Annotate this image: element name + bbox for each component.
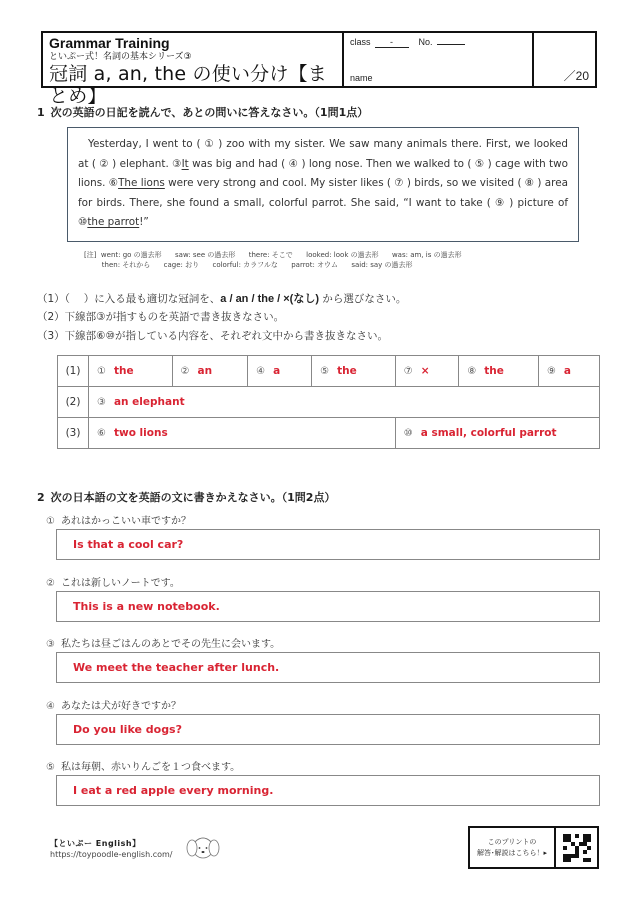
blank-number: ③ <box>97 397 106 408</box>
qr-caption: このプリントの 解答･解説はこちら！▸ <box>470 828 556 867</box>
answer-text: a small, colorful parrot <box>421 427 557 439</box>
row-label: (1) <box>58 356 89 387</box>
prompt-text: 私は毎朝、赤いりんごを１つ食べます。 <box>61 762 240 773</box>
answer-cell[interactable]: ⑨a <box>538 356 599 387</box>
class-field[interactable]: - <box>375 37 409 48</box>
qr-caption-line: このプリントの <box>470 837 554 848</box>
underline-6: The lions <box>118 177 165 189</box>
prompt-text: 私たちは昼ごはんのあとでその先生に会います。 <box>61 639 280 650</box>
question-4-answer-box[interactable]: Do you like dogs? <box>56 714 600 745</box>
answer-text: an <box>198 365 213 377</box>
answer-text: the <box>337 365 357 377</box>
blank-number: ⑩ <box>404 428 413 439</box>
answer-text: I eat a red apple every morning. <box>73 784 273 797</box>
question-number: ③ <box>46 639 55 650</box>
name-label: name <box>350 73 373 83</box>
answer-text: We meet the teacher after lunch. <box>73 661 279 674</box>
question-5-answer-box[interactable]: I eat a red apple every morning. <box>56 775 600 806</box>
notes-row: [注] went: go の過去形 saw: see の過去形 there: そ… <box>84 250 462 260</box>
question-number: ② <box>46 578 55 589</box>
blank-number: ⑥ <box>97 428 106 439</box>
answer-text: the <box>114 365 134 377</box>
answer-cell[interactable]: ⑧the <box>459 356 539 387</box>
answer-cell[interactable]: ⑤the <box>312 356 396 387</box>
no-label: No. <box>419 37 433 47</box>
prompt-text: これは新しいノートです。 <box>61 578 180 589</box>
blank-number: ④ <box>256 366 265 377</box>
question-2-answer-box[interactable]: This is a new notebook. <box>56 591 600 622</box>
blank-number: ⑦ <box>404 366 413 377</box>
question-5-prompt: ⑤私は毎朝、赤いりんごを１つ食べます。 <box>46 758 240 773</box>
passage-text: !” <box>139 216 149 228</box>
notes-row: then: それから cage: おり colorful: カラフルな parr… <box>84 260 462 270</box>
underline-10: the parrot <box>87 216 139 228</box>
answer-cell[interactable]: ⑩a small, colorful parrot <box>395 418 599 449</box>
section2-heading-text: 次の日本語の文を英語の文に書きかえなさい。（1問2点） <box>51 491 336 504</box>
section2-number: 2 <box>37 491 45 504</box>
section2-heading: 2次の日本語の文を英語の文に書きかえなさい。（1問2点） <box>37 489 335 505</box>
series-label: といぷー式！名詞の基本シリーズ③ <box>49 51 336 63</box>
prompt-text: あれはかっこいい車ですか？ <box>61 516 191 527</box>
answer-cell[interactable]: ⑦× <box>395 356 459 387</box>
question-4-prompt: ④あなたは犬が好きですか？ <box>46 697 181 712</box>
table-row: (2) ③an elephant <box>58 387 600 418</box>
table-row: (3) ⑥two lions ⑩a small, colorful parrot <box>58 418 600 449</box>
section1-heading-text: 次の英語の日記を読んで、あとの問いに答えなさい。（1問1点） <box>51 106 369 119</box>
section1-number: 1 <box>37 106 45 119</box>
answer-cell[interactable]: ②an <box>172 356 248 387</box>
main-title: 冠詞 a, an, the の使い分け【まとめ】 <box>49 63 336 107</box>
answer-text: This is a new notebook. <box>73 600 220 613</box>
answer-text: Do you like dogs? <box>73 723 182 736</box>
answer-cell[interactable]: ⑥two lions <box>89 418 396 449</box>
answer-text: a <box>564 365 571 377</box>
blank-number: ⑤ <box>320 366 329 377</box>
instruction-3: （3）下線部⑥⑩が指している内容を、それぞれ文中から書き抜きなさい。 <box>37 328 388 343</box>
question-number: ⑤ <box>46 762 55 773</box>
title-block: Grammar Training といぷー式！名詞の基本シリーズ③ 冠詞 a, … <box>43 33 344 86</box>
number-field[interactable] <box>437 44 465 45</box>
footer-url-link[interactable]: https://toypoodle-english.com/ <box>50 850 173 859</box>
answer-qr-box[interactable]: このプリントの 解答･解説はこちら！▸ <box>468 826 599 869</box>
question-2-prompt: ②これは新しいノートです。 <box>46 574 180 589</box>
answer-cell[interactable]: ①the <box>89 356 173 387</box>
answer-text: two lions <box>114 427 168 439</box>
blank-number: ② <box>181 366 190 377</box>
worksheet-title: Grammar Training <box>49 36 336 51</box>
answer-table: (1) ①the ②an ④a ⑤the ⑦× ⑧the ⑨a (2) ③an … <box>57 355 600 449</box>
answer-cell[interactable]: ④a <box>248 356 312 387</box>
article-options: a / an / the / ×(なし) <box>220 293 319 305</box>
instruction-text: （1）（ ）に入る最も適切な冠詞を、 <box>37 293 220 305</box>
instruction-text: から選びなさい。 <box>319 293 406 305</box>
instruction-2: （2）下線部③が指すものを英語で書き抜きなさい。 <box>37 309 284 324</box>
poodle-logo-icon <box>183 832 223 862</box>
table-row: (1) ①the ②an ④a ⑤the ⑦× ⑧the ⑨a <box>58 356 600 387</box>
student-info-block: class - No. name <box>344 33 534 86</box>
footer-brand: 【といぷー English】 <box>50 838 141 849</box>
underline-3: It <box>182 158 189 170</box>
question-1-answer-box[interactable]: Is that a cool car? <box>56 529 600 560</box>
diary-passage: Yesterday, I went to ( ① ) zoo with my s… <box>67 127 579 242</box>
score-total: ／20 <box>564 67 589 84</box>
answer-text: × <box>421 365 430 377</box>
blank-number: ① <box>97 366 106 377</box>
answer-cell[interactable]: ③an elephant <box>89 387 600 418</box>
section1-heading: 1次の英語の日記を読んで、あとの問いに答えなさい。（1問1点） <box>37 104 368 120</box>
score-block: ／20 <box>534 33 595 86</box>
qr-code-icon <box>563 834 591 862</box>
qr-code[interactable] <box>556 828 597 867</box>
class-label: class <box>350 37 371 47</box>
row-label: (3) <box>58 418 89 449</box>
question-number: ④ <box>46 701 55 712</box>
instruction-1: （1）（ ）に入る最も適切な冠詞を、a / an / the / ×(なし) か… <box>37 290 406 306</box>
answer-text: the <box>484 365 504 377</box>
blank-number: ⑨ <box>547 366 556 377</box>
class-dash: - <box>390 37 393 47</box>
answer-text: a <box>273 365 280 377</box>
blank-number: ⑧ <box>467 366 476 377</box>
worksheet-header: Grammar Training といぷー式！名詞の基本シリーズ③ 冠詞 a, … <box>41 31 597 88</box>
question-1-prompt: ①あれはかっこいい車ですか？ <box>46 512 191 527</box>
qr-caption-line: 解答･解説はこちら！▸ <box>470 848 554 859</box>
question-number: ① <box>46 516 55 527</box>
answer-text: Is that a cool car? <box>73 538 183 551</box>
row-label: (2) <box>58 387 89 418</box>
question-3-prompt: ③私たちは昼ごはんのあとでその先生に会います。 <box>46 635 280 650</box>
answer-text: an elephant <box>114 396 185 408</box>
question-3-answer-box[interactable]: We meet the teacher after lunch. <box>56 652 600 683</box>
vocabulary-notes: [注] went: go の過去形 saw: see の過去形 there: そ… <box>84 250 462 270</box>
prompt-text: あなたは犬が好きですか？ <box>61 701 181 712</box>
